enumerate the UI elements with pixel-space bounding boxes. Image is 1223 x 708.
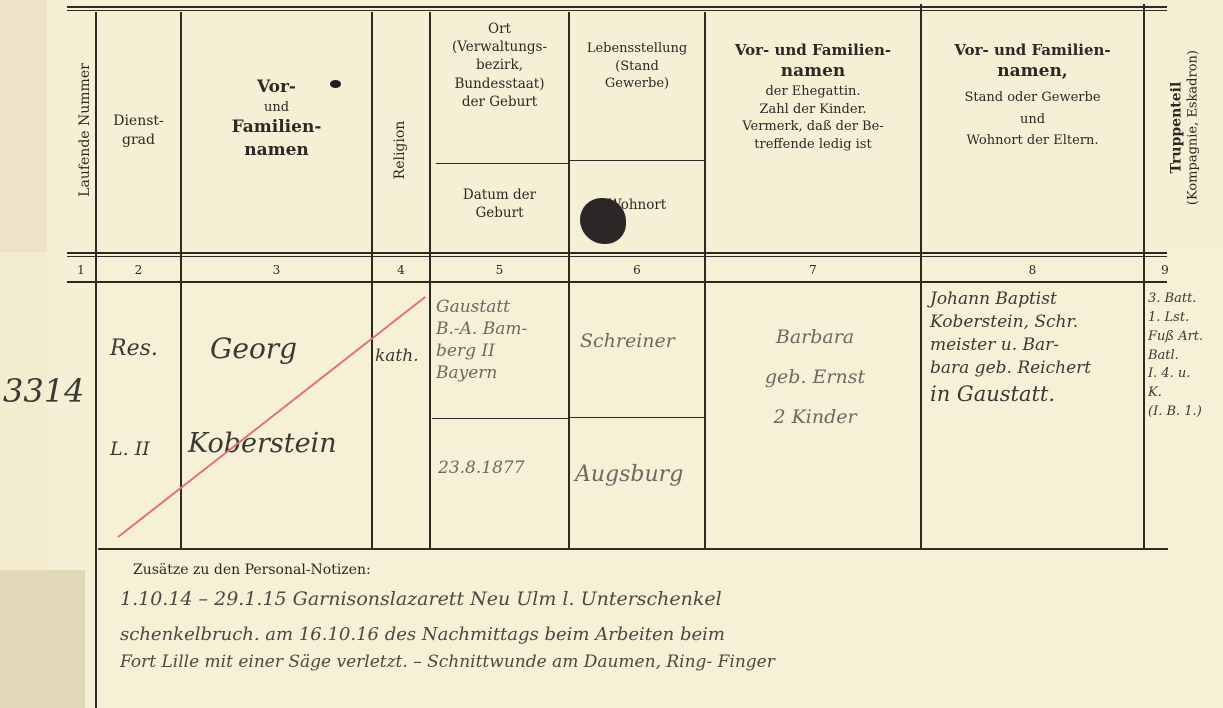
header-name: Vor- und Familien- namen — [182, 76, 371, 162]
colnum-8: 8 — [922, 263, 1143, 277]
entry-occupation: Schreiner — [580, 330, 675, 352]
header-lebensstellung: Lebensstellung (Stand Gewerbe) — [570, 40, 704, 93]
header-truppenteil-line1: Truppenteil — [1167, 3, 1185, 253]
entry-rank-line1: Res. — [110, 336, 158, 361]
header-truppenteil: Truppenteil (Kompagnie, Eskadron) — [1167, 3, 1202, 253]
entry-residence: Augsburg — [575, 462, 683, 487]
header-ehegattin-line6: treffende ledig ist — [706, 136, 920, 154]
ink-blot — [580, 198, 626, 244]
header-ehegattin-line5: Vermerk, daß der Be- — [706, 118, 920, 136]
header-dienstgrad-line2: grad — [97, 131, 180, 150]
entry-bottom-rule — [98, 548, 1168, 550]
col6-entry-split — [570, 417, 704, 418]
header-laufende-nummer: Laufende Nummer — [77, 25, 93, 235]
header-truppenteil-line2: (Kompagnie, Eskadron) — [1186, 3, 1203, 253]
entry-last-name: Koberstein — [188, 428, 337, 459]
entry-spouse-name: Barbara — [730, 318, 900, 358]
header-eltern-line4: und — [922, 111, 1143, 129]
scan-margin-top — [0, 0, 47, 252]
header-ehegattin-line3: der Ehegattin. — [706, 83, 920, 101]
entry-birthplace: Gaustatt B.-A. Bam- berg II Bayern — [436, 296, 527, 384]
entry-parents-line4: bara geb. Reichert — [930, 357, 1091, 380]
colnum-3: 3 — [182, 263, 371, 277]
header-ehegattin: Vor- und Familien- namen der Ehegattin. … — [706, 40, 920, 153]
entry-birthplace-line4: Bayern — [436, 362, 527, 384]
header-lebensstellung-line2: (Stand — [570, 58, 704, 76]
colnum-7: 7 — [706, 263, 920, 277]
header-geburtsort-line1: Ort — [431, 20, 568, 38]
entry-unit-line6: K. — [1148, 384, 1203, 403]
entry-unit-line2: 1. Lst. — [1148, 309, 1203, 328]
col5-entry-split — [432, 418, 568, 419]
header-name-line3: Familien- — [182, 116, 371, 139]
ink-spot — [330, 80, 341, 88]
entry-parents-line1: Johann Baptist — [930, 288, 1091, 311]
entry-birthplace-line1: Gaustatt — [436, 296, 527, 318]
scan-margin-bottom — [0, 570, 85, 708]
entry-parents-line2: Koberstein, Schr. — [930, 311, 1091, 334]
header-dienstgrad-line1: Dienst- — [97, 112, 180, 131]
header-religion: Religion — [392, 100, 408, 200]
colnum-bottom-rule — [67, 281, 1167, 283]
col6-split-rule — [570, 160, 704, 161]
entry-rank-line2: L. II — [110, 438, 150, 460]
header-ehegattin-line1: Vor- und Familien- — [706, 40, 920, 60]
header-lebensstellung-line3: Gewerbe) — [570, 75, 704, 93]
header-name-line1: Vor- — [182, 76, 371, 99]
header-geburtsdatum: Datum der Geburt — [431, 186, 568, 222]
entry-unit-line4: Batl. — [1148, 347, 1203, 366]
entry-parents-line3: meister u. Bar- — [930, 334, 1091, 357]
entry-religion: kath. — [375, 346, 419, 366]
colnum-6: 6 — [570, 263, 704, 277]
top-rule-inner — [67, 10, 1167, 11]
entry-number: 3314 — [3, 372, 84, 410]
header-geburtsort: Ort (Verwaltungs- bezirk, Bundesstaat) d… — [431, 20, 568, 111]
header-ehegattin-line4: Zahl der Kinder. — [706, 101, 920, 119]
entry-unit: 3. Batt. 1. Lst. Fuß Art. Batl. I. 4. u.… — [1148, 290, 1203, 422]
header-eltern: Vor- und Familien- namen, Stand oder Gew… — [922, 40, 1143, 150]
colnum-1: 1 — [67, 263, 95, 277]
note-line-3: Fort Lille mit einer Säge verletzt. – Sc… — [120, 652, 775, 672]
entry-parents: Johann Baptist Koberstein, Schr. meister… — [930, 288, 1091, 408]
entry-unit-line3: Fuß Art. — [1148, 328, 1203, 347]
header-eltern-line2: namen, — [922, 60, 1143, 83]
col-divider-3 — [371, 12, 373, 548]
entry-children-count: 2 Kinder — [730, 398, 900, 438]
header-geburtsort-line4: Bundesstaat) — [431, 75, 568, 93]
header-geburtsort-line3: bezirk, — [431, 56, 568, 74]
note-line-2: schenkelbruch. am 16.10.16 des Nachmitta… — [120, 624, 725, 645]
header-bottom-rule — [67, 252, 1167, 254]
header-geburtsdatum-line1: Datum der — [431, 186, 568, 204]
header-eltern-line5: Wohnort der Eltern. — [922, 132, 1143, 150]
note-line-1: 1.10.14 – 29.1.15 Garnisonslazarett Neu … — [120, 588, 722, 610]
header-eltern-line3: Stand oder Gewerbe — [922, 89, 1143, 107]
header-geburtsort-line2: (Verwaltungs- — [431, 38, 568, 56]
top-rule — [67, 6, 1167, 8]
header-lebensstellung-line1: Lebensstellung — [570, 40, 704, 58]
header-bottom-rule-inner — [67, 256, 1167, 257]
header-geburtsdatum-line2: Geburt — [431, 204, 568, 222]
header-geburtsort-line5: der Geburt — [431, 93, 568, 111]
entry-birthplace-line2: B.-A. Bam- — [436, 318, 527, 340]
entry-spouse: Barbara geb. Ernst 2 Kinder — [730, 318, 900, 438]
header-name-line2: und — [182, 99, 371, 117]
header-dienstgrad: Dienst- grad — [97, 112, 180, 150]
entry-unit-line7: (I. B. 1.) — [1148, 403, 1203, 422]
colnum-9: 9 — [1145, 263, 1185, 277]
entry-parents-line5: in Gaustatt. — [930, 380, 1091, 408]
colnum-4: 4 — [373, 263, 429, 277]
entry-unit-line1: 3. Batt. — [1148, 290, 1203, 309]
header-ehegattin-line2: namen — [706, 60, 920, 83]
colnum-5: 5 — [431, 263, 568, 277]
colnum-2: 2 — [97, 263, 180, 277]
header-name-line4: namen — [182, 139, 371, 162]
notes-label: Zusätze zu den Personal-Notizen: — [133, 562, 371, 578]
entry-birth-date: 23.8.1877 — [438, 458, 525, 478]
col5-split-rule — [436, 163, 570, 164]
header-eltern-line1: Vor- und Familien- — [922, 40, 1143, 60]
entry-first-name: Georg — [210, 332, 297, 365]
entry-birthplace-line3: berg II — [436, 340, 527, 362]
entry-unit-line5: I. 4. u. — [1148, 365, 1203, 384]
entry-spouse-maiden: geb. Ernst — [730, 358, 900, 398]
